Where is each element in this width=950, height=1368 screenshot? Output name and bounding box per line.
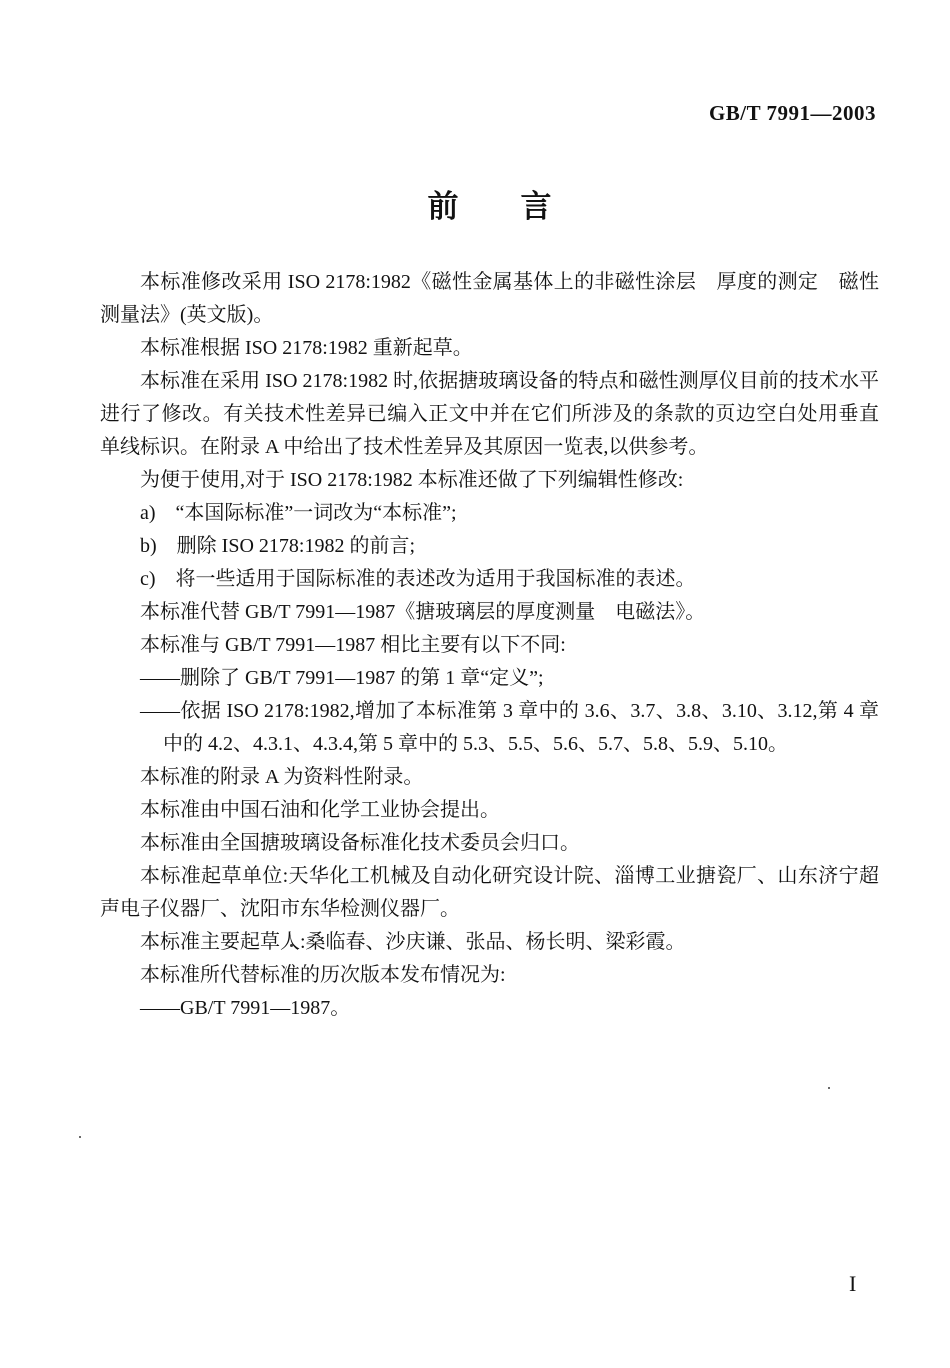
paragraph-replaces: 本标准代替 GB/T 7991—1987《搪玻璃层的厚度测量 电磁法》。 <box>100 596 879 629</box>
foreword-body: 本标准修改采用 ISO 2178:1982《磁性金属基体上的非磁性涂层 厚度的测… <box>100 266 879 1025</box>
standard-code: GB/T 7991—2003 <box>709 101 876 126</box>
paragraph-proposed-by: 本标准由中国石油和化学工业协会提出。 <box>100 794 879 827</box>
list-item-b: b) 删除 ISO 2178:1982 的前言; <box>100 530 879 563</box>
scan-speck <box>79 1136 81 1138</box>
list-item-c: c) 将一些适用于国际标准的表述改为适用于我国标准的表述。 <box>100 563 879 596</box>
paragraph-editorial-intro: 为便于使用,对于 ISO 2178:1982 本标准还做了下列编辑性修改: <box>100 464 879 497</box>
foreword-title: 前 言 <box>100 181 879 226</box>
paragraph-appendix-note: 本标准的附录 A 为资料性附录。 <box>100 761 879 794</box>
dash-item-previous-edition: ——GB/T 7991—1987。 <box>100 992 879 1025</box>
page-number: I <box>849 1271 856 1297</box>
scan-speck <box>290 944 293 947</box>
paragraph-drafting-organizations: 本标准起草单位:天华化工机械及自动化研究设计院、淄博工业搪瓷厂、山东济宁超声电子… <box>100 860 879 926</box>
scan-speck <box>828 1087 830 1089</box>
paragraph-adoption: 本标准修改采用 ISO 2178:1982《磁性金属基体上的非磁性涂层 厚度的测… <box>100 266 879 332</box>
paragraph-previous-editions-intro: 本标准所代替标准的历次版本发布情况为: <box>100 959 879 992</box>
dash-item-added-clauses: ——依据 ISO 2178:1982,增加了本标准第 3 章中的 3.6、3.7… <box>100 695 879 761</box>
paragraph-differences-intro: 本标准与 GB/T 7991—1987 相比主要有以下不同: <box>100 629 879 662</box>
paragraph-centralized-by: 本标准由全国搪玻璃设备标准化技术委员会归口。 <box>100 827 879 860</box>
dash-item-deleted-chapter: ——删除了 GB/T 7991—1987 的第 1 章“定义”; <box>100 662 879 695</box>
list-item-a: a) “本国际标准”一词改为“本标准”; <box>100 497 879 530</box>
scanned-document-page: GB/T 7991—2003 前 言 本标准修改采用 ISO 2178:1982… <box>0 0 950 1368</box>
paragraph-main-drafters: 本标准主要起草人:桑临春、沙庆谦、张品、杨长明、梁彩霞。 <box>100 926 879 959</box>
paragraph-redraft: 本标准根据 ISO 2178:1982 重新起草。 <box>100 332 879 365</box>
paragraph-technical-differences: 本标准在采用 ISO 2178:1982 时,依据搪玻璃设备的特点和磁性测厚仪目… <box>100 365 879 464</box>
